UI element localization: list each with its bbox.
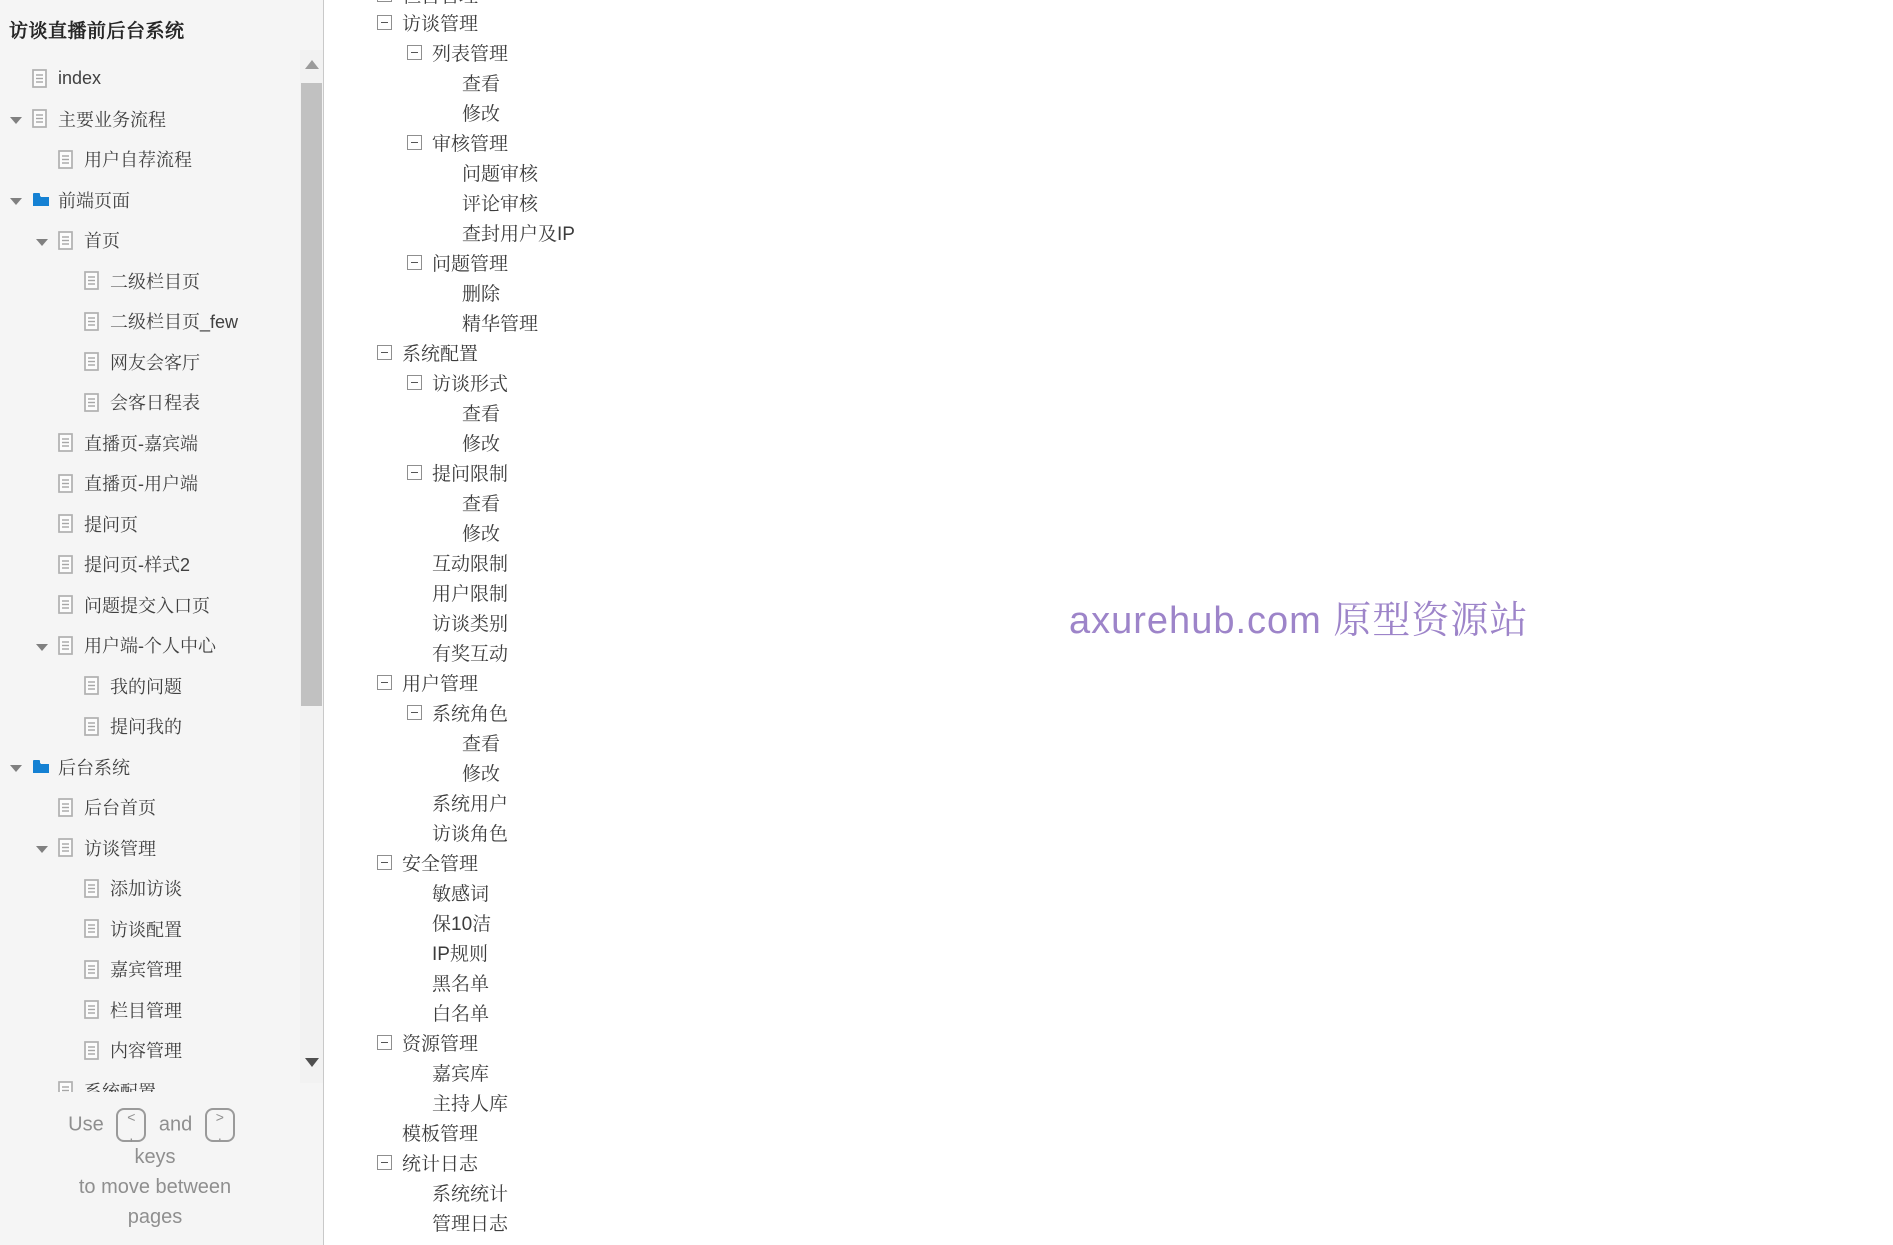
sidebar-item-label: 提问页 [84,511,138,537]
tree-node-label: 查看 [462,729,500,756]
sidebar-item-label: 提问我的 [110,713,182,739]
hint-line-4: pages [0,1202,310,1232]
tree-node-系统配置[interactable]: 系统配置 [324,337,575,367]
key1-bottom: , [118,1128,144,1142]
tree-node-查看[interactable]: 查看 [324,397,575,427]
tree-node-label: 安全管理 [402,849,478,876]
sidebar-item-label: 后台系统 [58,754,130,780]
tree-node-label: 评论审核 [462,189,538,216]
tree-node-label: 问题管理 [432,249,508,276]
tree-node-label: 系统角色 [432,699,508,726]
tree-node-label: 查封用户及IP [462,219,575,246]
tree-node-label: 嘉宾库 [432,1059,489,1086]
watermark-text: axurehub.com 原型资源站 [1069,589,1528,644]
folder-icon [32,759,49,774]
sidebar-item-label: index [58,68,101,89]
tree-node-label: 列表管理 [432,39,508,66]
tree-node-问题审核[interactable]: 问题审核 [324,157,575,187]
sidebar-item-问题提交入口页[interactable]: 问题提交入口页 [0,585,300,626]
tree-node-label: IP规则 [432,939,488,966]
tree-node-label: 修改 [462,519,500,546]
tree-node-访谈角色[interactable]: 访谈角色 [324,817,575,847]
tree-node-统计日志[interactable]: 统计日志 [324,1147,575,1177]
sidebar-item-label: 添加访谈 [110,875,182,901]
tree-node-label: 保10洁 [432,909,491,936]
tree-node-label: 黑名单 [432,969,489,996]
sidebar-item-内容管理[interactable]: 内容管理 [0,1030,300,1071]
sidebar-item-label: 访谈管理 [84,835,156,861]
tree-node-查看[interactable]: 查看 [324,727,575,757]
sidebar-item-我的问题[interactable]: 我的问题 [0,666,300,707]
tree-node-label: 修改 [462,99,500,126]
page-icon [32,69,49,88]
page-icon [58,636,75,655]
tree-node-白名单[interactable]: 白名单 [324,997,575,1027]
collapse-minus-icon[interactable] [377,0,392,2]
key1-top: < [118,1109,144,1125]
tree-node-label: 修改 [462,429,500,456]
hint-line-1: Use < , and > . [0,1108,310,1142]
sidebar-item-label: 网友会客厅 [110,349,200,375]
tree-node-修改[interactable]: 修改 [324,757,575,787]
tree-node-互动限制[interactable]: 互动限制 [324,547,575,577]
page-icon [84,960,101,979]
sidebar-item-label: 直播页-嘉宾端 [84,430,198,456]
expand-arrow-icon[interactable] [36,239,48,246]
tree-node-label: 访谈角色 [432,819,508,846]
tree-node-列表管理[interactable]: 列表管理 [324,37,575,67]
page-icon [84,717,101,736]
tree-node-评论审核[interactable]: 评论审核 [324,187,575,217]
tree-node-label: 访谈形式 [432,369,508,396]
sidebar-item-提问页-样式2[interactable]: 提问页-样式2 [0,544,300,585]
sidebar-item-主要业务流程[interactable]: 主要业务流程 [0,99,300,140]
collapse-minus-icon[interactable] [407,255,422,270]
sidebar-item-提问页[interactable]: 提问页 [0,504,300,545]
tree-node-label: 资源管理 [402,1029,478,1056]
page-icon [84,676,101,695]
tree-node-label: 审核管理 [432,129,508,156]
tree-node-label: 查看 [462,489,500,516]
tree-node-删除[interactable]: 删除 [324,277,575,307]
sidebar-item-用户端-个人中心[interactable]: 用户端-个人中心 [0,625,300,666]
sidebar-item-会客日程表[interactable]: 会客日程表 [0,382,300,423]
sidebar-item-label: 提问页-样式2 [84,551,190,577]
collapse-minus-icon[interactable] [407,465,422,480]
sidebar-item-添加访谈[interactable]: 添加访谈 [0,868,300,909]
sidebar-item-label: 用户端-个人中心 [84,632,216,658]
page-icon [58,838,75,857]
tree-node-主持人库[interactable]: 主持人库 [324,1087,575,1117]
sidebar-item-label: 内容管理 [110,1037,182,1063]
sidebar-item-栏目管理[interactable]: 栏目管理 [0,990,300,1031]
page-icon [84,919,101,938]
sidebar-item-嘉宾管理[interactable]: 嘉宾管理 [0,949,300,990]
scroll-down-icon[interactable] [305,1058,319,1067]
tree-node-label: 访谈类别 [432,609,508,636]
tree-node-有奖互动[interactable]: 有奖互动 [324,637,575,667]
tree-node-问题管理[interactable]: 问题管理 [324,247,575,277]
tree-node-label: 精华管理 [462,309,538,336]
tree-node-敏感词[interactable]: 敏感词 [324,877,575,907]
page-icon [84,393,101,412]
tree-node-label: 互动限制 [432,549,508,576]
tree-node-label: 管理日志 [432,1209,508,1236]
collapse-minus-icon[interactable] [407,375,422,390]
page-icon [84,879,101,898]
tree-node-管理日志[interactable]: 管理日志 [324,1207,575,1237]
page-icon [84,1000,101,1019]
sidebar-item-label: 会客日程表 [110,389,200,415]
tree-node-label: 用户限制 [432,579,508,606]
scroll-up-icon[interactable] [305,60,319,69]
sidebar-item-访谈管理[interactable]: 访谈管理 [0,828,300,869]
expand-arrow-icon[interactable] [10,765,22,772]
module-sitemap-tree: 栏目管理访谈管理列表管理查看修改审核管理问题审核评论审核查封用户及IP问题管理删… [324,0,575,1237]
scrollbar-thumb[interactable] [301,83,322,706]
expand-arrow-icon[interactable] [36,644,48,651]
tree-node-label: 系统统计 [432,1179,508,1206]
hint-line-2: keys [0,1142,310,1172]
prototype-canvas: 栏目管理访谈管理列表管理查看修改审核管理问题审核评论审核查封用户及IP问题管理删… [324,0,1893,1245]
page-icon [58,514,75,533]
tree-node-访谈类别[interactable]: 访谈类别 [324,607,575,637]
key2-top: > [207,1109,233,1125]
sidebar-item-label: 问题提交入口页 [84,592,210,618]
tree-node-label: 提问限制 [432,459,508,486]
sidebar-item-label: 用户自荐流程 [84,146,192,172]
sidebar-item-访谈配置[interactable]: 访谈配置 [0,909,300,950]
sidebar-item-label: 嘉宾管理 [110,956,182,982]
sidebar-item-label: 访谈配置 [110,916,182,942]
sidebar-item-用户自荐流程[interactable]: 用户自荐流程 [0,139,300,180]
page-icon [58,798,75,817]
expand-arrow-icon[interactable] [10,198,22,205]
page-icon [32,109,49,128]
collapse-minus-icon[interactable] [377,675,392,690]
left-angle-key-icon: < , [116,1108,146,1142]
sidebar-item-首页[interactable]: 首页 [0,220,300,261]
page-icon [58,231,75,250]
tree-node-label: 用户管理 [402,669,478,696]
tree-node-label: 白名单 [432,999,489,1026]
tree-node-保10洁[interactable]: 保10洁 [324,907,575,937]
page-icon [84,271,101,290]
tree-node-嘉宾库[interactable]: 嘉宾库 [324,1057,575,1087]
page-icon [58,555,75,574]
tree-node-label: 有奖互动 [432,639,508,666]
tree-node-label: 查看 [462,69,500,96]
tree-node-访谈形式[interactable]: 访谈形式 [324,367,575,397]
collapse-minus-icon[interactable] [377,855,392,870]
page-icon [58,433,75,452]
tree-node-label: 问题审核 [462,159,538,186]
tree-node-label: 敏感词 [432,879,489,906]
page-icon [58,474,75,493]
tree-node-资源管理[interactable]: 资源管理 [324,1027,575,1057]
sidebar-item-label: 二级栏目页 [110,268,200,294]
tree-node-label: 系统用户 [432,789,508,816]
tree-node-修改[interactable]: 修改 [324,427,575,457]
tree-node-系统用户[interactable]: 系统用户 [324,787,575,817]
key2-bottom: . [207,1128,233,1142]
sidebar-item-label: 主要业务流程 [58,106,166,132]
collapse-minus-icon[interactable] [377,345,392,360]
tree-node-安全管理[interactable]: 安全管理 [324,847,575,877]
sidebar-item-前端页面[interactable]: 前端页面 [0,180,300,221]
collapse-minus-icon[interactable] [377,1035,392,1050]
page-icon [84,1041,101,1060]
tree-node-label: 主持人库 [432,1089,508,1116]
tree-node-label: 栏目管理 [402,0,478,8]
sidebar-item-label: 后台首页 [84,794,156,820]
tree-node-黑名单[interactable]: 黑名单 [324,967,575,997]
sidebar-scrollbar[interactable] [300,50,323,1083]
sidebar-item-index[interactable]: index [0,58,300,99]
tree-node-模板管理[interactable]: 模板管理 [324,1117,575,1147]
tree-node-访谈管理[interactable]: 访谈管理 [324,7,575,37]
tree-node-label: 系统配置 [402,339,478,366]
tree-node-系统角色[interactable]: 系统角色 [324,697,575,727]
sidebar-item-二级栏目页_few[interactable]: 二级栏目页_few [0,301,300,342]
tree-node-label: 统计日志 [402,1149,478,1176]
page-icon [58,595,75,614]
hint-use-text: Use [68,1113,104,1135]
sidebar-item-系统配置[interactable]: 系统配置 [0,1071,300,1093]
sidebar-item-label: 系统配置 [84,1078,156,1092]
sidebar-item-网友会客厅[interactable]: 网友会客厅 [0,342,300,383]
collapse-minus-icon[interactable] [377,1155,392,1170]
keyboard-hint: Use < , and > . keys to move between pag… [0,1108,310,1232]
tree-node-系统统计[interactable]: 系统统计 [324,1177,575,1207]
collapse-minus-icon[interactable] [407,705,422,720]
page-icon [84,312,101,331]
tree-node-label: 访谈管理 [402,9,478,36]
tree-node-修改[interactable]: 修改 [324,97,575,127]
tree-node-label: 修改 [462,759,500,786]
sitemap-tree: index主要业务流程用户自荐流程前端页面首页二级栏目页二级栏目页_few网友会… [0,58,300,1092]
tree-node-label: 模板管理 [402,1119,478,1146]
tree-node-查封用户及IP[interactable]: 查封用户及IP [324,217,575,247]
hint-line-3: to move between [0,1172,310,1202]
tree-node-label: 查看 [462,399,500,426]
expand-arrow-icon[interactable] [36,846,48,853]
page-icon [58,150,75,169]
tree-node-提问限制[interactable]: 提问限制 [324,457,575,487]
sidebar-item-直播页-嘉宾端[interactable]: 直播页-嘉宾端 [0,423,300,464]
tree-node-查看[interactable]: 查看 [324,487,575,517]
tree-node-修改[interactable]: 修改 [324,517,575,547]
sidebar-item-二级栏目页[interactable]: 二级栏目页 [0,261,300,302]
sidebar-item-label: 前端页面 [58,187,130,213]
project-title: 访谈直播前后台系统 [9,16,185,43]
right-angle-key-icon: > . [205,1108,235,1142]
sidebar-item-label: 二级栏目页_few [110,308,238,334]
tree-node-用户限制[interactable]: 用户限制 [324,577,575,607]
folder-icon [32,192,49,207]
tree-node-label: 删除 [462,279,500,306]
sitemap-sidebar: 访谈直播前后台系统 index主要业务流程用户自荐流程前端页面首页二级栏目页二级… [0,0,324,1245]
hint-and-text: and [159,1113,192,1135]
collapse-minus-icon[interactable] [407,135,422,150]
tree-node-精华管理[interactable]: 精华管理 [324,307,575,337]
sidebar-item-提问我的[interactable]: 提问我的 [0,706,300,747]
page-icon [58,1081,75,1092]
sidebar-item-label: 我的问题 [110,673,182,699]
sidebar-item-label: 栏目管理 [110,997,182,1023]
collapse-minus-icon[interactable] [377,15,392,30]
sidebar-item-label: 首页 [84,227,120,253]
expand-arrow-icon[interactable] [10,117,22,124]
sidebar-item-后台系统[interactable]: 后台系统 [0,747,300,788]
tree-node-审核管理[interactable]: 审核管理 [324,127,575,157]
sidebar-item-直播页-用户端[interactable]: 直播页-用户端 [0,463,300,504]
tree-node-栏目管理[interactable]: 栏目管理 [324,0,575,7]
page-icon [84,352,101,371]
tree-node-用户管理[interactable]: 用户管理 [324,667,575,697]
sidebar-item-label: 直播页-用户端 [84,470,198,496]
collapse-minus-icon[interactable] [407,45,422,60]
tree-node-IP规则[interactable]: IP规则 [324,937,575,967]
sidebar-item-后台首页[interactable]: 后台首页 [0,787,300,828]
tree-node-查看[interactable]: 查看 [324,67,575,97]
